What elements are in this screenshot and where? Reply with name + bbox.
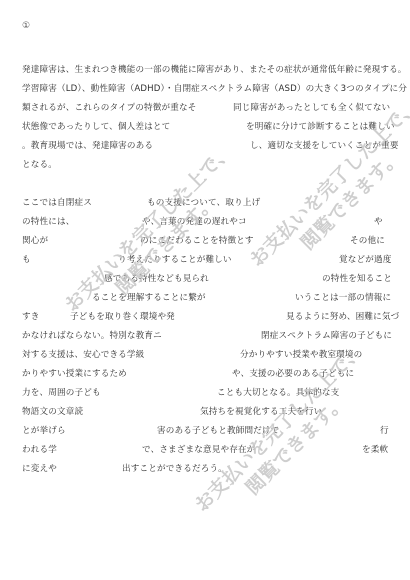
text-segment: 関心が — [22, 235, 48, 247]
text-segment: 物語文の文章読 — [22, 406, 83, 418]
text-segment: 同じ障害があったとしても全く似てない — [233, 102, 390, 114]
text-segment: 力を、周囲の子ども — [22, 387, 101, 399]
text-segment: 見るように努め、困難に気づ — [286, 311, 399, 323]
watermark-line: お支払いを完了した上で、 — [61, 140, 238, 317]
text-segment: 行 — [380, 425, 389, 437]
text-segment: も — [22, 254, 31, 266]
text-line: 学習障害（LD）、動性障害（ADHD）・自閉症スペクトラム障害（ASD）の大きく… — [22, 83, 407, 95]
text-segment: 出すことができるだろう。 — [122, 463, 227, 475]
text-segment: 覚などが過度 — [339, 254, 391, 266]
text-segment: 類されるが、これらのタイプの特徴が重なそ — [22, 102, 196, 114]
text-segment: に変えや — [22, 463, 57, 475]
text-segment: 。教育現場では、発達障害のある — [22, 140, 153, 152]
text-segment: いうことは一部の情報に — [295, 292, 391, 304]
text-segment: を柔軟 — [362, 444, 388, 456]
text-segment: 対する支援は、安心できる学級 — [22, 349, 144, 361]
text-segment: 状態像であったりして、個人差はとて — [22, 121, 170, 133]
text-line: 発達障害は、生まれつき機能の一部の機能に障害があり、またその症状が通常低年齢に発… — [22, 64, 407, 76]
text-segment: かりやすい授業にするため — [22, 368, 127, 380]
text-segment: とが挙げら — [22, 425, 66, 437]
text-segment: すき — [22, 311, 40, 323]
section-marker: ① — [22, 21, 30, 31]
text-segment: その他に — [350, 235, 385, 247]
text-segment: われる学 — [22, 444, 57, 456]
text-segment: の特性には、 — [22, 216, 74, 228]
text-segment: 閉症スペクトラム障害の子どもに — [261, 330, 392, 342]
text-line: となる。 — [22, 159, 57, 171]
text-segment: ここでは自閉症ス — [22, 197, 92, 209]
document-page: ① 発達障害は、生まれつき機能の一部の機能に障害があり、またその症状が通常低年齢… — [0, 0, 410, 580]
text-segment: の特性を知ること — [322, 273, 392, 285]
text-segment: や — [374, 216, 383, 228]
